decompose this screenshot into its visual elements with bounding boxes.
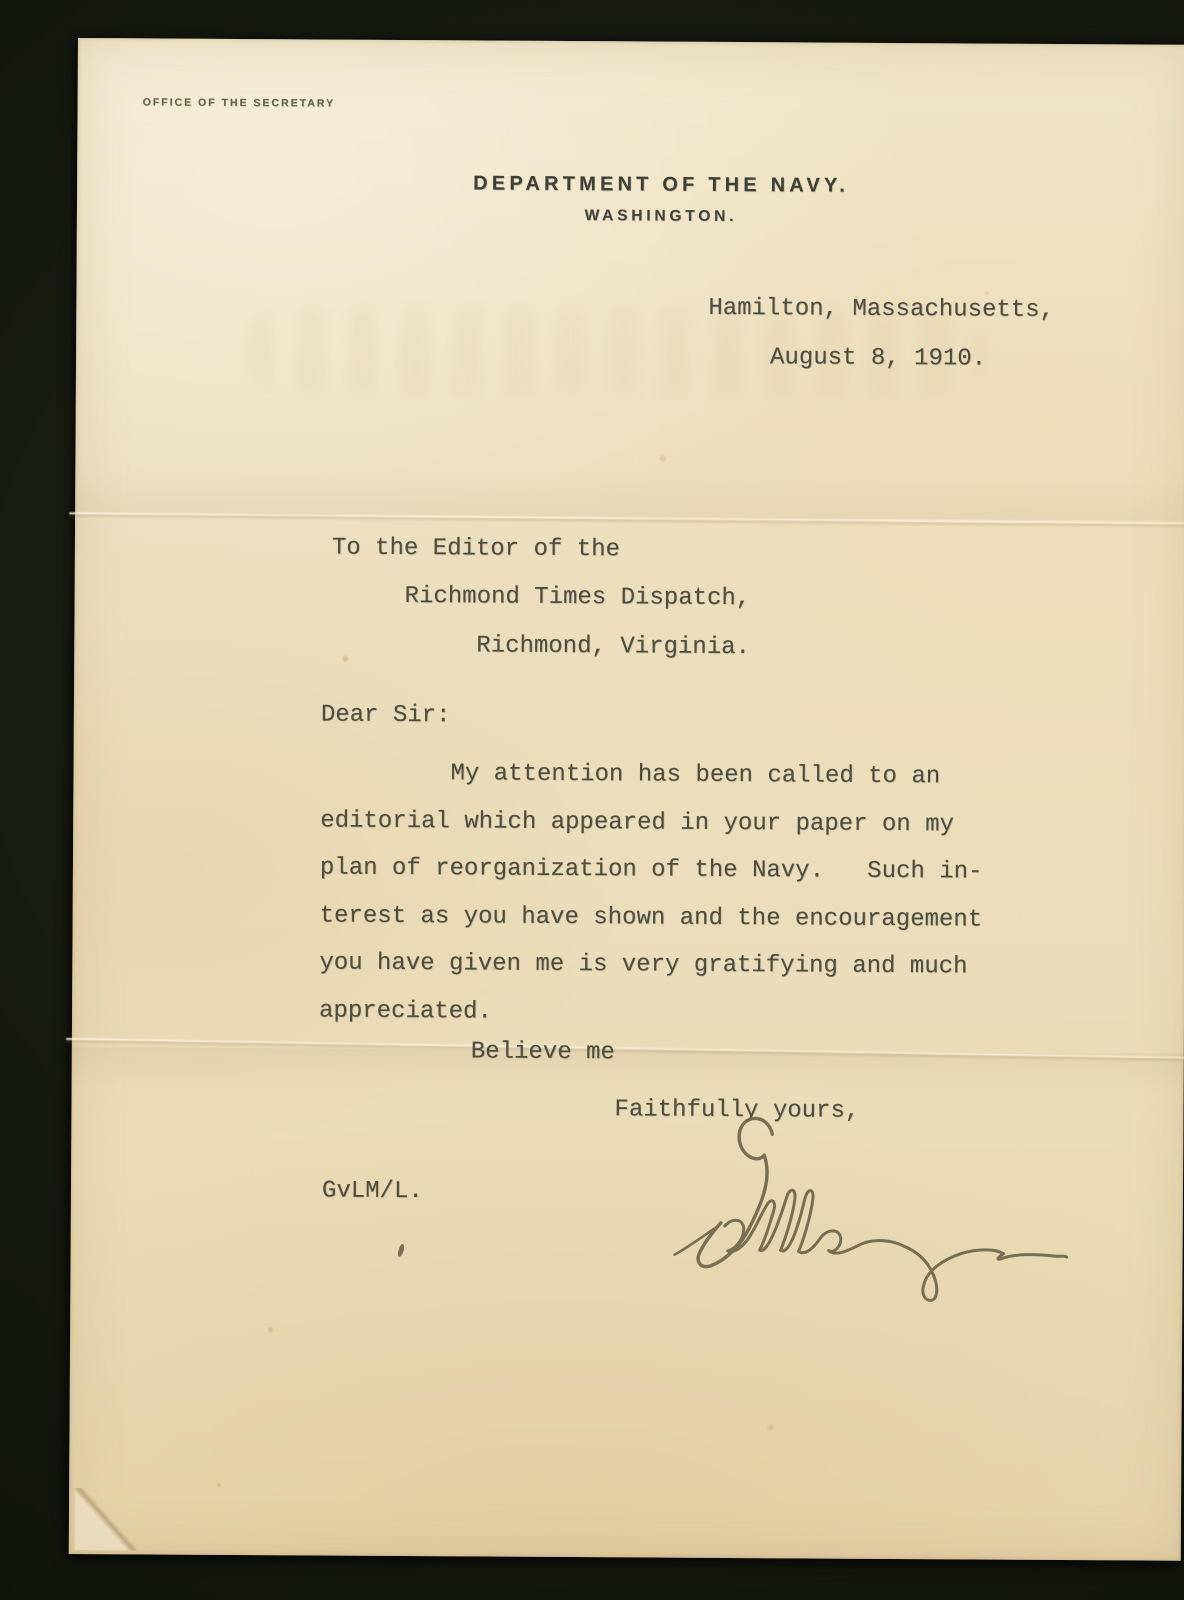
foxing-speck (768, 1424, 774, 1430)
address-line-1: To the Editor of the (332, 537, 620, 563)
dateline-date: August 8, 1910. (770, 346, 986, 371)
office-of-secretary-line: OFFICE OF THE SECRETARY (143, 96, 335, 109)
body-line: editorial which appeared in your paper o… (320, 797, 983, 849)
foxing-speck (342, 656, 348, 662)
body-line: appreciated. (319, 987, 982, 1039)
dateline-place: Hamilton, Massachusetts, (708, 297, 1054, 323)
letter-sheet: OFFICE OF THE SECRETARY DEPARTMENT OF TH… (69, 38, 1184, 1561)
address-line-3: Richmond, Virginia. (476, 634, 750, 660)
body-line: you have given me is very gratifying and… (319, 939, 982, 991)
address-line-2: Richmond Times Dispatch, (405, 585, 751, 611)
body-line: My attention has been called to an (320, 749, 983, 801)
letter-body: My attention has been called to an edito… (319, 749, 983, 1038)
typist-initials: GvLM/L. (322, 1180, 423, 1205)
bent-corner (75, 1488, 137, 1550)
foxing-speck (984, 292, 989, 296)
foxing-speck (268, 1327, 273, 1332)
letterhead-washington-line: WASHINGTON. (77, 204, 1184, 229)
salutation: Dear Sir: (321, 703, 451, 728)
signature-ink (650, 1102, 1092, 1355)
letterhead-department-line: DEPARTMENT OF THE NAVY. (77, 170, 1184, 200)
body-line: terest as you have shown and the encoura… (319, 892, 982, 944)
closing-line-1: Believe me (471, 1040, 615, 1065)
body-line: plan of reorganization of the Navy. Such… (320, 844, 983, 896)
foxing-speck (659, 456, 666, 462)
stray-ink-mark (397, 1244, 405, 1258)
letter-scan-photo: OFFICE OF THE SECRETARY DEPARTMENT OF TH… (0, 0, 1184, 1600)
foxing-speck (217, 1483, 221, 1487)
